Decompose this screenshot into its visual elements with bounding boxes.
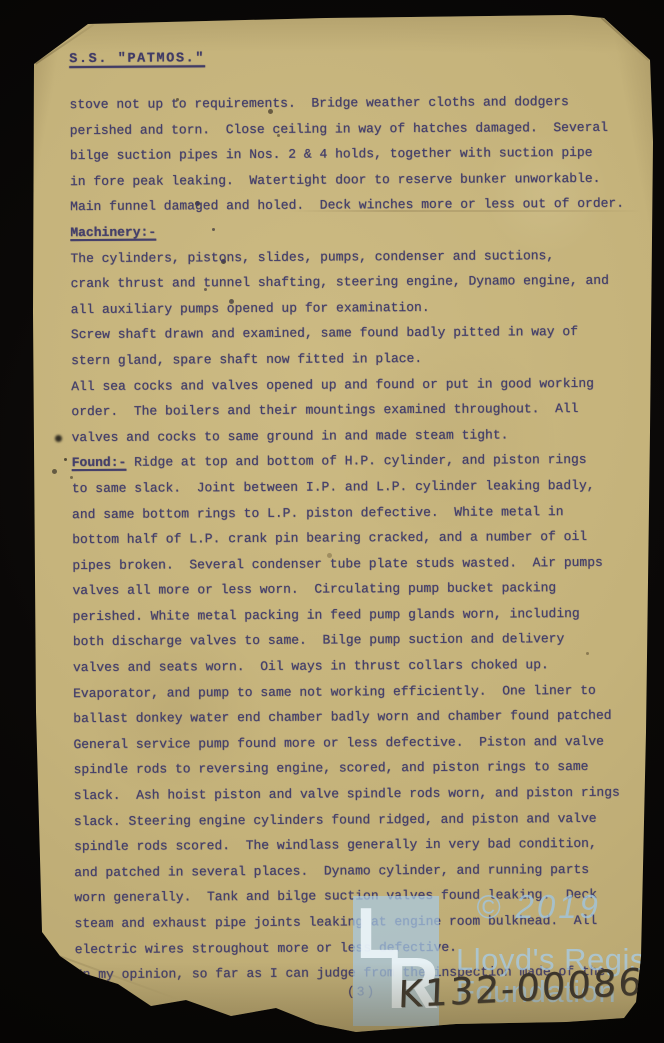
document-title: S.S. "PATMOS." <box>69 51 205 67</box>
typed-line: and same bottom rings to L.P. piston def… <box>72 498 658 527</box>
typed-line-text: slack. Steering engine cylinders found r… <box>74 811 597 829</box>
typed-line: Evaporator, and pump to same not working… <box>73 677 659 706</box>
typed-line-text: ballast donkey water end chamber badly w… <box>73 708 611 726</box>
typed-line-text: all auxiliary pumps opened up for examin… <box>71 300 430 317</box>
ink-specks <box>26 12 29 15</box>
typed-line: all auxiliary pumps opened up for examin… <box>71 293 657 322</box>
typed-line-text: The cylinders, pistons, slides, pumps, c… <box>70 248 554 266</box>
typed-line: Main funnel damaged and holed. Deck winc… <box>70 191 656 220</box>
typed-line-text: spindle rods scored. The windlass genera… <box>74 836 597 854</box>
typed-line: Found:- Ridge at top and bottom of H.P. … <box>72 447 658 476</box>
typed-line: to same slack. Joint between I.P. and L.… <box>72 472 658 501</box>
typed-line-heading: Machinery:- <box>70 225 156 241</box>
typed-line-text: perished. White metal packing in feed pu… <box>73 606 580 624</box>
typed-line: perished. White metal packing in feed pu… <box>73 600 659 629</box>
typed-line: bilge suction pipes in Nos. 2 & 4 holds,… <box>70 140 656 169</box>
typed-line-text: perished and torn. Close ceiling in way … <box>70 119 608 137</box>
paper: S.S. "PATMOS." stove not up to requireme… <box>26 12 658 1034</box>
typed-line-text: Main funnel damaged and holed. Deck winc… <box>70 196 624 214</box>
typed-line-text: and same bottom rings to L.P. piston def… <box>72 504 564 522</box>
typed-line-text: and patched in several places. Dynamo cy… <box>74 862 589 880</box>
typed-line: valves and seats worn. Oil ways in thrus… <box>73 652 659 681</box>
typed-line: order. The boilers and their mountings e… <box>71 396 657 425</box>
typed-line-text: Ridge at top and bottom of H.P. cylinder… <box>126 452 586 470</box>
typed-line: Screw shaft drawn and examined, same fou… <box>71 319 657 348</box>
typed-line-text: crank thrust and tunnel shafting, steeri… <box>71 273 609 291</box>
typed-line: spindle rods to reversing engine, scored… <box>73 754 659 783</box>
copyright-watermark: © 2019 <box>476 888 601 926</box>
typed-line: pipes broken. Several condenser tube pla… <box>72 549 658 578</box>
typed-line-text: slack. Ash hoist piston and valve spindl… <box>74 785 620 803</box>
typed-line-text: stove not up to requirements. Bridge wea… <box>69 94 568 112</box>
typed-line-text: in fore peak leaking. Watertight door to… <box>70 171 601 189</box>
typed-line-text: order. The boilers and their mountings e… <box>71 401 578 419</box>
typed-line-heading: Found:- <box>72 455 127 470</box>
typed-line: All sea cocks and valves opened up and f… <box>71 370 657 399</box>
typed-line: both discharge valves to same. Bilge pum… <box>73 626 659 655</box>
typed-line-text: to same slack. Joint between I.P. and L.… <box>72 478 595 496</box>
typed-line: valves all more or less worn. Circulatin… <box>72 575 658 604</box>
typed-line: stove not up to requirements. Bridge wea… <box>69 89 655 118</box>
typed-line: stern gland, spare shaft now fitted in p… <box>71 344 657 373</box>
typed-line-text: valves all more or less worn. Circulatin… <box>72 580 556 598</box>
typed-line: slack. Steering engine cylinders found r… <box>74 805 660 834</box>
typed-line: spindle rods scored. The windlass genera… <box>74 831 660 860</box>
typed-line: Machinery:- <box>70 216 656 245</box>
scanned-document-photo: S.S. "PATMOS." stove not up to requireme… <box>0 0 664 1043</box>
typed-line: valves and cocks to same ground in and m… <box>71 421 657 450</box>
typed-line-text: valves and seats worn. Oil ways in thrus… <box>73 657 549 675</box>
typed-line-text: Evaporator, and pump to same not working… <box>73 683 596 701</box>
typed-line-text: bottom half of L.P. crank pin bearing cr… <box>72 529 587 547</box>
typed-line: bottom half of L.P. crank pin bearing cr… <box>72 524 658 553</box>
typed-line-text: Screw shaft drawn and examined, same fou… <box>71 324 578 342</box>
typed-line-text: General service pump found more or less … <box>73 734 604 752</box>
typed-line-text: All sea cocks and valves opened up and f… <box>71 375 594 393</box>
typed-line-text: spindle rods to reversing engine, scored… <box>74 759 589 777</box>
typed-line-text: both discharge valves to same. Bilge pum… <box>73 632 565 650</box>
typed-line: and patched in several places. Dynamo cy… <box>74 856 660 885</box>
typed-line-text: stern gland, spare shaft now fitted in p… <box>71 351 422 368</box>
typed-line-text: valves and cocks to same ground in and m… <box>71 427 508 445</box>
typed-line: crank thrust and tunnel shafting, steeri… <box>71 268 657 297</box>
typed-line-text: bilge suction pipes in Nos. 2 & 4 holds,… <box>70 145 593 163</box>
typed-line: slack. Ash hoist piston and valve spindl… <box>74 780 660 809</box>
typed-body: stove not up to requirements. Bridge wea… <box>69 89 660 988</box>
typed-line-text: pipes broken. Several condenser tube pla… <box>72 555 603 573</box>
typed-line: General service pump found more or less … <box>73 728 659 757</box>
typed-line: perished and torn. Close ceiling in way … <box>70 114 656 143</box>
typed-content: S.S. "PATMOS." stove not up to requireme… <box>23 9 661 1035</box>
typed-line: The cylinders, pistons, slides, pumps, c… <box>70 242 656 271</box>
typed-line: in fore peak leaking. Watertight door to… <box>70 165 656 194</box>
typed-line: ballast donkey water end chamber badly w… <box>73 703 659 732</box>
